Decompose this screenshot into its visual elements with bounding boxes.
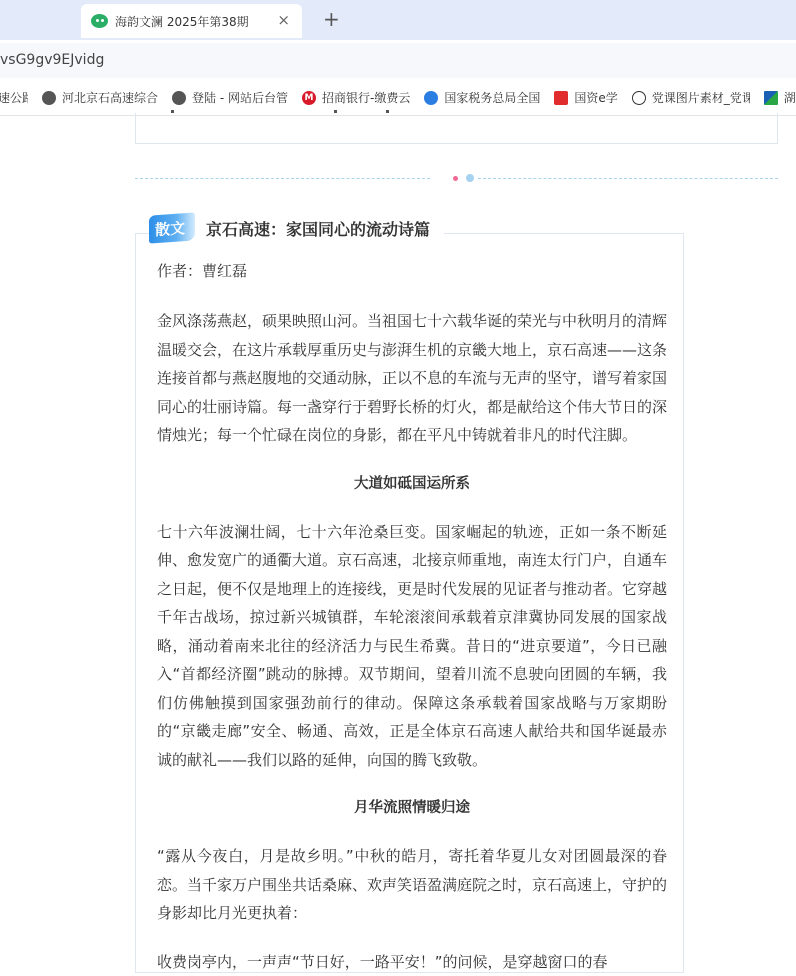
bookmark-label: 国资e学 xyxy=(574,89,617,106)
bookmark-label: 登陆 - 网站后台管 xyxy=(192,89,288,106)
wechat-icon xyxy=(91,14,108,28)
bookmark-label: 招商银行-缴费云 xyxy=(322,89,410,106)
globe-icon xyxy=(172,91,186,105)
cmb-bank-icon: M xyxy=(302,91,316,105)
section-paragraph: 七十六年波澜壮阔，七十六年沧桑巨变。国家崛起的轨迹，正如一条不断延伸、愈发宽广的… xyxy=(157,518,667,775)
dot-pink-icon xyxy=(453,176,458,181)
intro-paragraph: 金风涤荡燕赵，硕果映照山河。当祖国七十六载华诞的荣光与中秋明月的清辉温暖交会，在… xyxy=(157,307,667,450)
globe-icon xyxy=(42,91,56,105)
section-heading: 月华流照情暖归途 xyxy=(157,794,667,822)
url-text[interactable]: vsG9gv9EJvidg xyxy=(0,52,104,68)
section-heading: 大道如砥国运所系 xyxy=(157,470,667,498)
address-bar[interactable]: vsG9gv9EJvidg xyxy=(0,40,796,78)
page-content: 散文 京石高速：家国同心的流动诗篇 作者：曹红磊 金风涤荡燕赵，硕果映照山河。当… xyxy=(0,117,796,963)
tax-bureau-icon xyxy=(424,91,438,105)
bookmark-label: 党课图片素材_党课 xyxy=(652,89,750,106)
author-line: 作者：曹红磊 xyxy=(157,257,667,285)
bookmark-item[interactable]: 湖 xyxy=(764,89,796,106)
flag-icon xyxy=(764,91,778,105)
divider-dash-right xyxy=(478,178,778,179)
new-tab-button[interactable]: + xyxy=(323,8,340,30)
bookmark-label: 速公路 xyxy=(0,89,28,106)
bookmark-item[interactable]: 河北京石高速综合 xyxy=(42,89,158,106)
browser-tab[interactable]: 海韵文澜 2025年第38期 × xyxy=(81,4,302,38)
bookmark-item[interactable]: 国资e学 xyxy=(554,89,617,106)
bookmark-item[interactable]: 登陆 - 网站后台管 xyxy=(172,89,288,106)
bookmark-item[interactable]: 速公路 xyxy=(0,89,28,106)
section-paragraph: “露从今夜白，月是故乡明。”中秋的皓月，寄托着华夏儿女对团圆最深的眷恋。当千家万… xyxy=(157,842,667,928)
divider-dash-left xyxy=(135,178,430,179)
article-title: 京石高速：家国同心的流动诗篇 xyxy=(206,217,430,240)
bookmark-item[interactable]: 党课图片素材_党课 xyxy=(632,89,750,106)
dot-blue-icon xyxy=(466,174,474,182)
guozi-icon xyxy=(554,91,568,105)
paragraph: 收费岗亭内，一声声“节日好，一路平安！”的问候，是穿越窗口的春 xyxy=(157,948,667,964)
panda-icon xyxy=(632,91,646,105)
prose-badge: 散文 xyxy=(149,212,195,243)
tab-strip: 海韵文澜 2025年第38期 × + xyxy=(0,0,796,40)
close-tab-icon[interactable]: × xyxy=(277,11,290,29)
article-body: 作者：曹红磊 金风涤荡燕赵，硕果映照山河。当祖国七十六载华诞的荣光与中秋明月的清… xyxy=(157,257,667,963)
previous-article-box xyxy=(135,113,778,144)
bookmarks-bar: 速公路 河北京石高速综合 登陆 - 网站后台管 M 招商银行-缴费云 国家税务总… xyxy=(0,80,796,116)
bookmark-label: 国家税务总局全国 xyxy=(444,89,540,106)
bookmark-label: 湖 xyxy=(784,89,796,106)
tab-title: 海韵文澜 2025年第38期 xyxy=(115,13,249,30)
bookmark-item[interactable]: M 招商银行-缴费云 xyxy=(302,89,410,106)
article-header: 散文 京石高速：家国同心的流动诗篇 xyxy=(149,213,444,243)
bookmark-label: 河北京石高速综合 xyxy=(62,89,158,106)
section-divider xyxy=(135,176,778,182)
bookmark-item[interactable]: 国家税务总局全国 xyxy=(424,89,540,106)
